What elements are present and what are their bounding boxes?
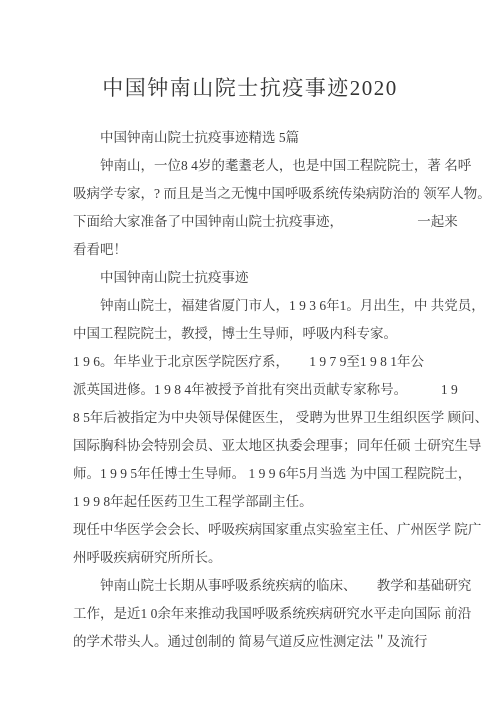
document-title: 中国钟南山院士抗疫事迹2020 — [0, 72, 500, 102]
text-line: 现任中华医学会会长、呼吸疾病国家重点实验室主任、广州医学 院广 — [73, 516, 443, 544]
text-line: 师。1 9 9 5年任博士生导师。 1 9 9 6年5月当选 为中国工程院院士， — [73, 460, 443, 488]
text-line: 派英国进修。1 9 8 4年被授予首批有突出贡献专家称号。 1 9 — [73, 376, 443, 404]
text-line: 1 9 9 8年起任医药卫生工程学部副主任。 — [73, 488, 443, 516]
text-line: 吸病学专家，? 而且是当之无愧中国呼吸系统传染病防治的 领军人物。 — [73, 180, 443, 208]
text-line: 看看吧！ — [73, 236, 443, 264]
text-line: 的学术带头人。通过创制的 简易气道反应性测定法＂及流行 — [73, 628, 443, 656]
text-line: 8 5年后被指定为中央领导保健医生， 受聘为世界卫生组织医学 顾问、 — [73, 404, 443, 432]
text-line: 下面给大家准备了中国钟南山院士抗疫事迹， 一起来 — [73, 208, 443, 236]
text-line: 工作，是近1 0余年来推动我国呼吸系统疾病研究水平走向国际 前沿 — [73, 600, 443, 628]
document-body: 中国钟南山院士抗疫事迹精选 5篇 钟南山，一位8 4岁的耄耋老人，也是中国工程院… — [73, 124, 443, 656]
text-line: 钟南山院士，福建省厦门市人，1 9 3 6年1。月出生，中 共党员， — [73, 292, 443, 320]
text-line: 州呼吸疾病研究所所长。 — [73, 544, 443, 572]
text-line: 中国工程院院士，教授，博士生导师，呼吸内科专家。 — [73, 320, 443, 348]
text-line: 钟南山院士长期从事呼吸系统疾病的临床、 教学和基础研究 — [73, 572, 443, 600]
text-line: 钟南山，一位8 4岁的耄耋老人，也是中国工程院院士，著 名呼 — [73, 152, 443, 180]
text-line: 中国钟南山院士抗疫事迹精选 5篇 — [73, 124, 443, 152]
text-line: 中国钟南山院士抗疫事迹 — [73, 264, 443, 292]
text-line: 国际胸科协会特别会员、亚太地区执委会理事；同年任硕 士研究生导 — [73, 432, 443, 460]
text-line: 1 9 6。年毕业于北京医学院医疗系， 1 9 7 9至1 9 8 1年公 — [73, 348, 443, 376]
document-page: 中国钟南山院士抗疫事迹2020 中国钟南山院士抗疫事迹精选 5篇 钟南山，一位8… — [0, 0, 500, 708]
